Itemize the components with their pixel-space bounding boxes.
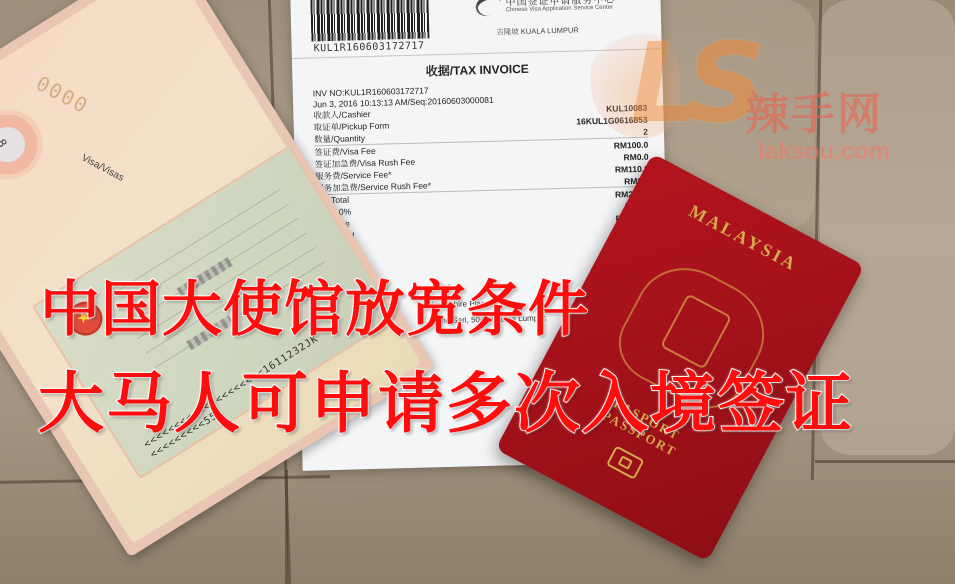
receipt-row-label: 数量/Quantity xyxy=(314,132,365,145)
seat-seam xyxy=(815,460,955,463)
perforated-number: 0000 xyxy=(32,71,93,119)
cvasc-logo-icon xyxy=(473,0,504,19)
watermark-url: laksou.com xyxy=(758,138,890,166)
photo-scene: KUL1R160603172717 中国签证申请服务中心 Chinese Vis… xyxy=(0,0,955,584)
headline-line-2: 大马人可申请多次入境签证 xyxy=(38,350,955,445)
biometric-chip-icon xyxy=(606,445,645,479)
center-city: 吉隆坡 KUALA LUMPUR xyxy=(496,24,579,37)
watermark-site-name: 辣手网 xyxy=(745,78,883,142)
visa-page-label: Visa/Visas xyxy=(80,152,126,183)
watermark-logo: LS xyxy=(630,28,751,138)
seat-seam xyxy=(285,470,288,584)
laksou-watermark: LS 辣手网 laksou.com xyxy=(590,18,950,198)
barcode-number: KUL1R160603172717 xyxy=(314,41,425,55)
barcode xyxy=(310,0,429,41)
flower-emblem-icon xyxy=(0,96,56,192)
headline-line-1: 中国大使馆放宽条件 xyxy=(40,262,955,348)
